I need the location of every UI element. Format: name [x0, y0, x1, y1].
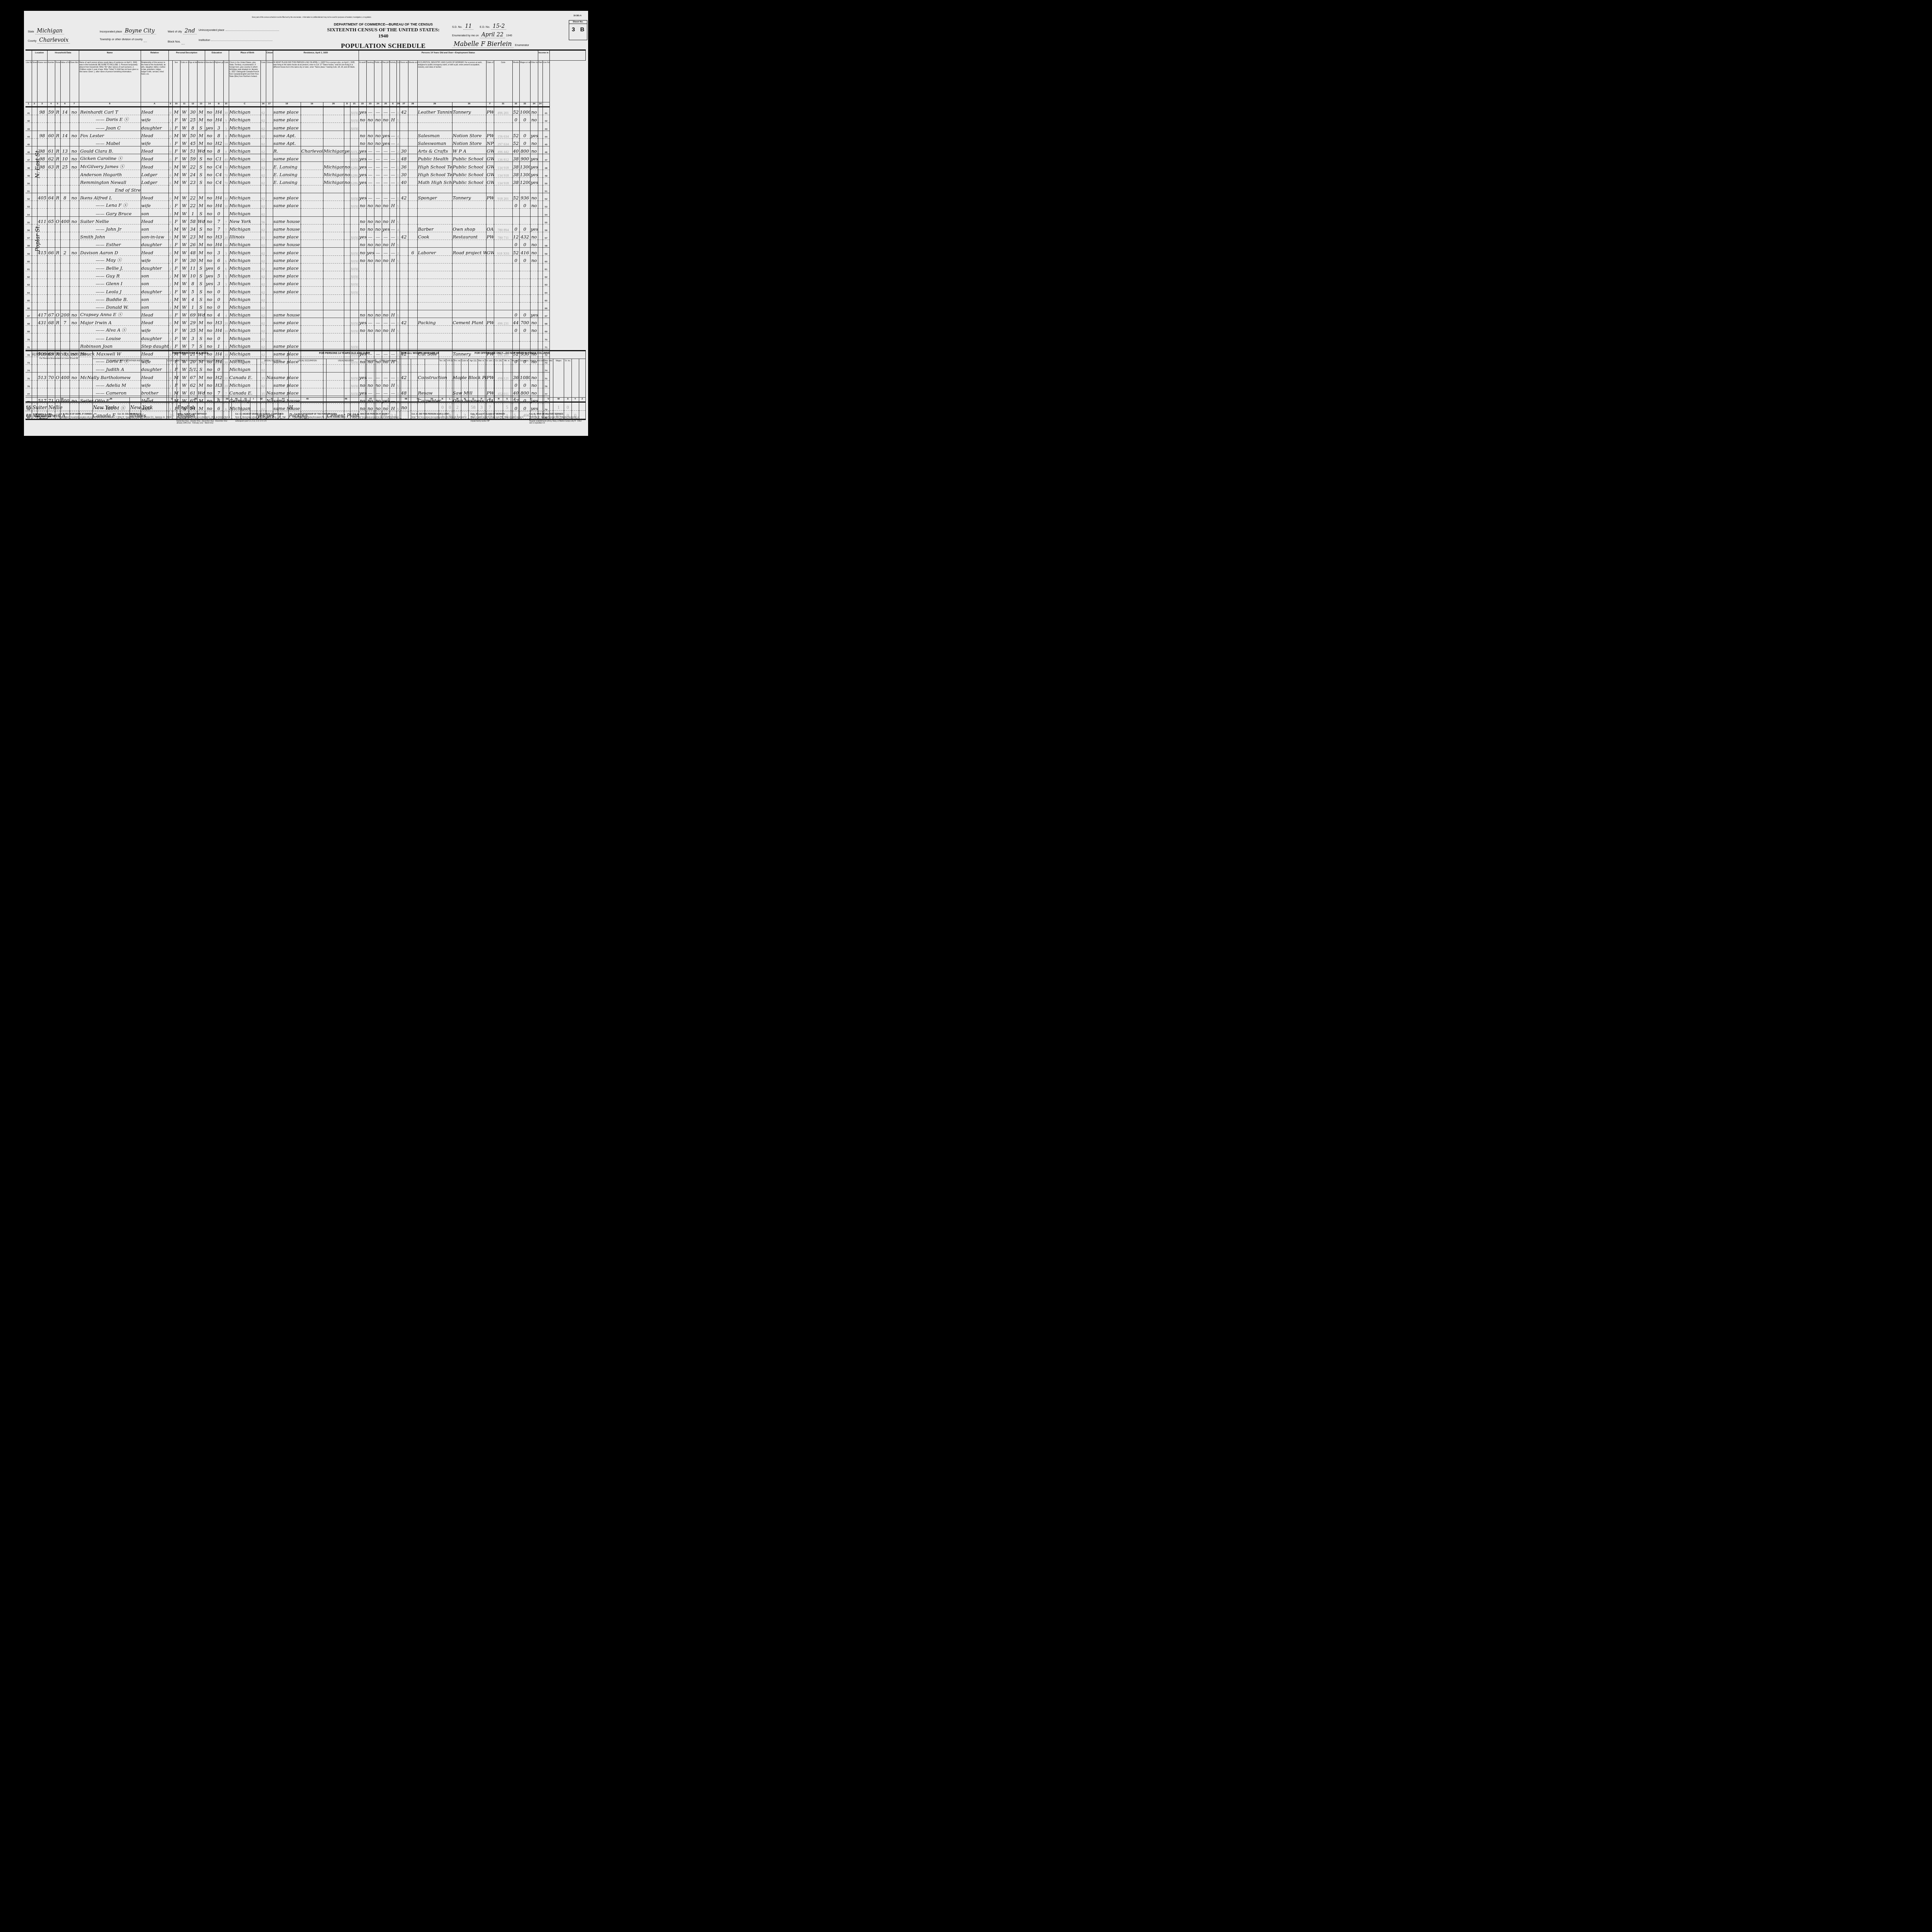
cell-grade: 0	[214, 294, 223, 302]
cell-code-a: 2	[168, 271, 172, 279]
column-number: 34	[538, 102, 543, 107]
cell-res-farm	[344, 193, 350, 201]
cell-seek: —	[366, 170, 374, 177]
cell-farm-sched	[538, 123, 543, 131]
cell-weeks: 38	[512, 154, 519, 162]
cell-farm	[70, 255, 79, 263]
cell-ind: Public School	[452, 154, 486, 162]
supp-cell-father: New York	[92, 402, 129, 411]
cell-marital: M	[197, 107, 205, 115]
cell-farm	[70, 333, 79, 341]
cell-school: yes	[205, 263, 214, 271]
column-number: 49	[411, 398, 425, 402]
cell-weeks	[512, 302, 519, 310]
cell-birth: Michigan	[229, 162, 260, 170]
cell-sex: F	[172, 333, 180, 341]
cell-street	[32, 294, 37, 302]
cell-job	[382, 302, 389, 310]
given-name: Newall	[111, 180, 126, 185]
cell-act	[389, 302, 396, 310]
cell-marital: S	[197, 279, 205, 287]
cell-visit: 62	[47, 154, 55, 162]
column-number: 42	[257, 398, 266, 402]
cell-cit	[266, 146, 273, 154]
cell-house	[37, 177, 47, 185]
cell-cit	[266, 302, 273, 310]
cell-line: 57	[26, 232, 32, 240]
cell-job	[382, 294, 389, 302]
given-name: Caroline ⓧ	[97, 156, 122, 161]
cell-work: yes	[359, 193, 366, 201]
cell-code-a: 2	[168, 341, 172, 349]
surname: Davison	[80, 250, 98, 255]
cell-farm-sched	[538, 154, 543, 162]
cell-occ	[417, 216, 452, 224]
cell-house	[37, 333, 47, 341]
cell-house: 98	[37, 131, 47, 138]
cell-code-f	[494, 209, 512, 216]
cell-last: 71	[543, 341, 549, 349]
cell-code-f	[494, 271, 512, 279]
cell-tenure: R	[55, 131, 60, 138]
cell-unemp	[408, 302, 417, 310]
cell-code-b: 1	[223, 341, 229, 349]
ed-value: 15-2	[491, 23, 506, 30]
group-name: Name	[79, 51, 141, 61]
cell-other: yes	[530, 162, 538, 170]
cell-birth: Michigan	[229, 287, 260, 294]
cell-work: no	[359, 131, 366, 138]
cell-tenure	[55, 294, 60, 302]
column-number: 21	[350, 102, 359, 107]
supp-cell-vet-war	[231, 402, 241, 411]
cell-weeks: 52	[512, 193, 519, 201]
cell-grade: H2	[214, 138, 223, 146]
cell-work: yes	[359, 146, 366, 154]
office-code	[544, 402, 553, 411]
given-name: John	[95, 234, 105, 240]
person-name: Leola J	[79, 287, 141, 294]
column-number: 37	[129, 398, 167, 402]
cell-occ: Sponger	[417, 193, 452, 201]
person-row: 64 Leola Jdaughter2FW5Sno0Michigan62same…	[26, 287, 586, 294]
cell-code-c: 62	[260, 209, 266, 216]
cell-res-state	[323, 209, 344, 216]
cell-school: no	[205, 107, 214, 115]
column-number: 26	[396, 102, 400, 107]
cell-code-a: 0	[168, 154, 172, 162]
given-name: Glenn I	[80, 281, 122, 286]
cell-house: 431	[37, 318, 47, 326]
cell-age: 26	[189, 240, 197, 248]
cell-farm	[70, 302, 79, 310]
supp-cell-married-more: no	[401, 402, 411, 411]
cell-weeks	[512, 271, 519, 279]
cell-school: no	[205, 240, 214, 248]
cell-seek	[366, 294, 374, 302]
person-name: Ikens Alfred L	[79, 193, 141, 201]
birth-instructions: If born in the United States, give State…	[229, 61, 260, 102]
cell-relation: Head	[141, 318, 168, 326]
cell-last: 62	[543, 271, 549, 279]
cell-farm-sched	[538, 240, 543, 248]
cell-school: no	[205, 177, 214, 185]
cell-house	[37, 115, 47, 123]
cell-code-e: 1	[396, 193, 400, 201]
given-name: Buddie B.	[80, 297, 128, 302]
cell-marital: S	[197, 123, 205, 131]
cell-unemp	[408, 131, 417, 138]
cell-code-d	[350, 310, 359, 318]
cell-value	[60, 333, 70, 341]
cell-line: 70	[26, 333, 32, 341]
cell-job	[382, 333, 389, 341]
cell-tenure	[55, 138, 60, 146]
cell-school: no	[205, 115, 214, 123]
cell-weeks: 38	[512, 177, 519, 185]
cell-last: 57	[543, 232, 549, 240]
cell-tenure: R	[55, 146, 60, 154]
cell-emerg: —	[374, 162, 382, 170]
cell-code-e: 1	[396, 170, 400, 177]
sd-value: 11	[463, 23, 473, 30]
cell-job: no	[382, 240, 389, 248]
group-income: Income in 1939	[538, 51, 549, 61]
cell-seek: no	[366, 138, 374, 146]
cell-res-county	[301, 123, 323, 131]
cell-emerg: no	[374, 138, 382, 146]
cell-farm-sched	[538, 263, 543, 271]
cell-res: same place	[273, 287, 301, 294]
cell-act: —	[389, 131, 396, 138]
cell-street	[32, 185, 37, 193]
cell-code-f	[494, 185, 512, 193]
cell-marital: S	[197, 224, 205, 232]
cell-ind: Public School	[452, 162, 486, 170]
note: Col. 41. WAR OR MILITARY SERVICE:World W…	[529, 413, 584, 435]
cell-cit	[266, 162, 273, 170]
cell-work: no	[359, 248, 366, 255]
person-row: 58 Estherdaughter2FW26MnoH430Michigan62s…	[26, 240, 586, 248]
cell-res-county	[301, 318, 323, 326]
cell-relation: Head	[141, 310, 168, 318]
cell-visit: 67	[47, 310, 55, 318]
cell-age: 29	[189, 318, 197, 326]
cell-wages: 0	[519, 255, 530, 263]
cell-school: no	[205, 287, 214, 294]
cell-code-c: 62	[260, 115, 266, 123]
cell-other: yes	[530, 131, 538, 138]
cell-res: same place	[273, 326, 301, 333]
cell-grade: 0	[214, 302, 223, 310]
person-row: 66 Donald W.son2MW1Sno0Michigan6266	[26, 302, 586, 310]
cell-sex: F	[172, 154, 180, 162]
cell-value: 14	[60, 107, 70, 115]
cell-code-e: 5	[396, 326, 400, 333]
cell-race: W	[180, 131, 189, 138]
cell-occ: Packing	[417, 318, 452, 326]
cell-line: 68	[26, 318, 32, 326]
cell-res-state	[323, 326, 344, 333]
cell-visit	[47, 209, 55, 216]
cell-weeks: 0	[512, 326, 519, 333]
supplementary-questions: SUPPLEMENTARY QUESTIONS For Persons Enum…	[26, 350, 586, 420]
cell-marital: S	[197, 271, 205, 279]
cell-unemp	[408, 294, 417, 302]
cell-visit	[47, 302, 55, 310]
cell-unemp	[408, 271, 417, 279]
cell-farm	[70, 279, 79, 287]
given-name: Alfred L	[94, 195, 112, 201]
cell-race: W	[180, 302, 189, 310]
cell-code-a: 0	[168, 131, 172, 138]
cell-cit	[266, 310, 273, 318]
cell-emerg: no	[374, 216, 382, 224]
cell-farm: no	[70, 193, 79, 201]
cell-code-d: X0X0	[350, 287, 359, 294]
column-number: 19	[301, 102, 323, 107]
cell-birth: Michigan	[229, 170, 260, 177]
supp-cell-code-j: 7	[376, 402, 401, 411]
cell-res-county	[301, 209, 323, 216]
cell-emerg: no	[374, 201, 382, 209]
supp-cell-ss-ded	[266, 402, 278, 411]
cell-grade: 4	[214, 310, 223, 318]
cell-birth: Michigan	[229, 224, 260, 232]
cell-cit	[266, 279, 273, 287]
cell-code-e: 1	[396, 232, 400, 240]
cell-res-county	[301, 240, 323, 248]
cell-res-state	[323, 224, 344, 232]
cell-value: 25	[60, 162, 70, 170]
cell-ind	[452, 123, 486, 131]
cell-res-state	[323, 333, 344, 341]
cell-grade: H3	[214, 318, 223, 326]
column-number: 22	[359, 102, 366, 107]
cell-code-c: 62	[260, 279, 266, 287]
cell-occ	[417, 271, 452, 279]
cell-value	[60, 177, 70, 185]
cell-cls: PW	[486, 107, 494, 115]
supp-group-office: FOR OFFICE USE ONLY—DO NOT WRITE IN THES…	[439, 351, 586, 359]
cell-code-f: 156 634	[494, 131, 512, 138]
cell-emerg: —	[374, 170, 382, 177]
cell-res-state	[323, 248, 344, 255]
cell-cit	[266, 326, 273, 333]
cell-school: no	[205, 209, 214, 216]
cell-cls	[486, 310, 494, 318]
cell-hours	[400, 341, 408, 349]
cell-race: W	[180, 170, 189, 177]
cell-other: no	[530, 201, 538, 209]
cell-act: H	[389, 255, 396, 263]
cell-res: E. Lansing	[273, 177, 301, 185]
person-row: 71Robinson JoanStep daughter2FW7Sno11Mic…	[26, 341, 586, 349]
cell-age: 30	[189, 107, 197, 115]
cell-code-f: 496 201	[494, 107, 512, 115]
cell-other	[530, 341, 538, 349]
cell-tenure	[55, 302, 60, 310]
cell-farm	[70, 170, 79, 177]
person-row: 43 Joan Cdaughter2FW8Syes33Michigan62sam…	[26, 123, 586, 131]
cell-unemp	[408, 201, 417, 209]
person-name: Crapsey Anna E ⓧ	[79, 310, 141, 318]
cell-house	[37, 326, 47, 333]
cell-last: 68	[543, 318, 549, 326]
cell-house	[37, 341, 47, 349]
cell-farm-sched	[538, 341, 543, 349]
cell-code-b: 30	[223, 201, 229, 209]
cell-birth: Michigan	[229, 310, 260, 318]
cell-ind: Notion Store	[452, 131, 486, 138]
cell-res	[273, 302, 301, 310]
cell-value	[60, 263, 70, 271]
cell-farm	[70, 201, 79, 209]
supp-cell-ss-num	[257, 402, 266, 411]
cell-weeks	[512, 123, 519, 131]
cell-code-a: 2	[168, 287, 172, 294]
cell-occ	[417, 341, 452, 349]
census-page[interactable]: 16-391-A Every part of this census sched…	[24, 11, 588, 436]
cell-code-a: 2	[168, 302, 172, 310]
cell-act: —	[389, 162, 396, 170]
cell-job: no	[382, 201, 389, 209]
cell-cls: GW	[486, 154, 494, 162]
cell-code-e: 5	[396, 201, 400, 209]
cell-farm	[70, 224, 79, 232]
cell-marital: M	[197, 193, 205, 201]
group-household: Household Data	[47, 51, 79, 61]
cell-work: yes	[359, 162, 366, 170]
cell-code-f: 496 442	[494, 146, 512, 154]
cell-work	[359, 279, 366, 287]
person-name: Davison Aaron D	[79, 248, 141, 255]
cell-age: 59	[189, 154, 197, 162]
cell-res-state	[323, 294, 344, 302]
cell-wages	[519, 185, 530, 193]
cell-sex: F	[172, 287, 180, 294]
cell-code-a: 0	[168, 318, 172, 326]
cell-code-b: 6	[223, 263, 229, 271]
cell-ind: Tannery	[452, 107, 486, 115]
cell-code-a: 1	[168, 326, 172, 333]
cell-ind	[452, 279, 486, 287]
cell-code-f	[494, 287, 512, 294]
person-row: 65 Buddie B.son2MW4Sno0Michigan6265	[26, 294, 586, 302]
cell-value	[60, 287, 70, 294]
supp-cell-ss-pct	[278, 402, 289, 411]
cell-value	[60, 201, 70, 209]
cell-code-a: 6	[168, 177, 172, 185]
column-number: 47	[366, 398, 376, 402]
cell-seek	[366, 302, 374, 310]
cell-act: —	[389, 154, 396, 162]
cell-weeks	[512, 263, 519, 271]
cell-res-county	[301, 263, 323, 271]
given-name: Donald W.	[80, 304, 129, 310]
cell-code-d: X0X0	[350, 201, 359, 209]
cell-unemp	[408, 240, 417, 248]
cell-act: H	[389, 310, 396, 318]
cell-wages	[519, 209, 530, 216]
cell-birth: Michigan	[229, 138, 260, 146]
cell-grade: H4	[214, 201, 223, 209]
cell-res-farm	[344, 115, 350, 123]
cell-unemp	[408, 318, 417, 326]
cell-tenure: R	[55, 107, 60, 115]
cell-unemp	[408, 123, 417, 131]
cell-seek: —	[366, 107, 374, 115]
cell-seek	[366, 341, 374, 349]
cell-seek: no	[366, 216, 374, 224]
cell-farm-sched	[538, 294, 543, 302]
cell-cls	[486, 201, 494, 209]
cell-hours	[400, 201, 408, 209]
cell-marital: M	[197, 201, 205, 209]
cell-school: no	[205, 294, 214, 302]
cell-ind: Restaurant	[452, 232, 486, 240]
cell-code-d: X0X0	[350, 271, 359, 279]
cell-race: W	[180, 138, 189, 146]
cell-marital: S	[197, 333, 205, 341]
cell-code-b: 30	[223, 326, 229, 333]
cell-birth: Michigan	[229, 240, 260, 248]
cell-farm	[70, 232, 79, 240]
cell-res-county	[301, 279, 323, 287]
cell-last: 49	[543, 170, 549, 177]
cell-wages: 416	[519, 248, 530, 255]
cell-marital: Wd	[197, 310, 205, 318]
cell-code-a: 0	[168, 248, 172, 255]
cell-res-state	[323, 185, 344, 193]
cell-cls: GW	[486, 146, 494, 154]
cell-line: 55	[26, 216, 32, 224]
cell-res-state	[323, 255, 344, 263]
person-row: 49Anderson HogarthLodger6MW24SnoC470Mich…	[26, 170, 586, 177]
cell-last: 56	[543, 224, 549, 232]
office-code	[519, 402, 544, 411]
cell-cit	[266, 107, 273, 115]
cell-code-b: 9	[223, 115, 229, 123]
cell-street	[32, 138, 37, 146]
cell-code-b: 5	[223, 271, 229, 279]
cell-tenure	[55, 255, 60, 263]
cell-race: W	[180, 318, 189, 326]
given-name: Doris E ⓧ	[80, 117, 129, 122]
cell-race: W	[180, 107, 189, 115]
column-number: 44	[278, 398, 289, 402]
person-name: May ⓧ	[79, 255, 141, 263]
cell-weeks: 52	[512, 107, 519, 115]
cell-work	[359, 302, 366, 310]
cell-cit	[266, 271, 273, 279]
given-name: John Jr	[80, 226, 122, 232]
cell-school: no	[205, 224, 214, 232]
cell-hours	[400, 224, 408, 232]
column-number: 5	[55, 102, 60, 107]
cell-house	[37, 201, 47, 209]
column-number: Q	[485, 398, 495, 402]
surname: Reinhardt	[80, 109, 103, 115]
cell-res-county	[301, 162, 323, 170]
cell-unemp	[408, 341, 417, 349]
cell-res-county	[301, 170, 323, 177]
cell-school: no	[205, 193, 214, 201]
cell-farm-sched	[538, 287, 543, 294]
cell-code-a: 0	[168, 107, 172, 115]
cell-birth: Michigan	[229, 177, 260, 185]
cell-wages: 0	[519, 240, 530, 248]
